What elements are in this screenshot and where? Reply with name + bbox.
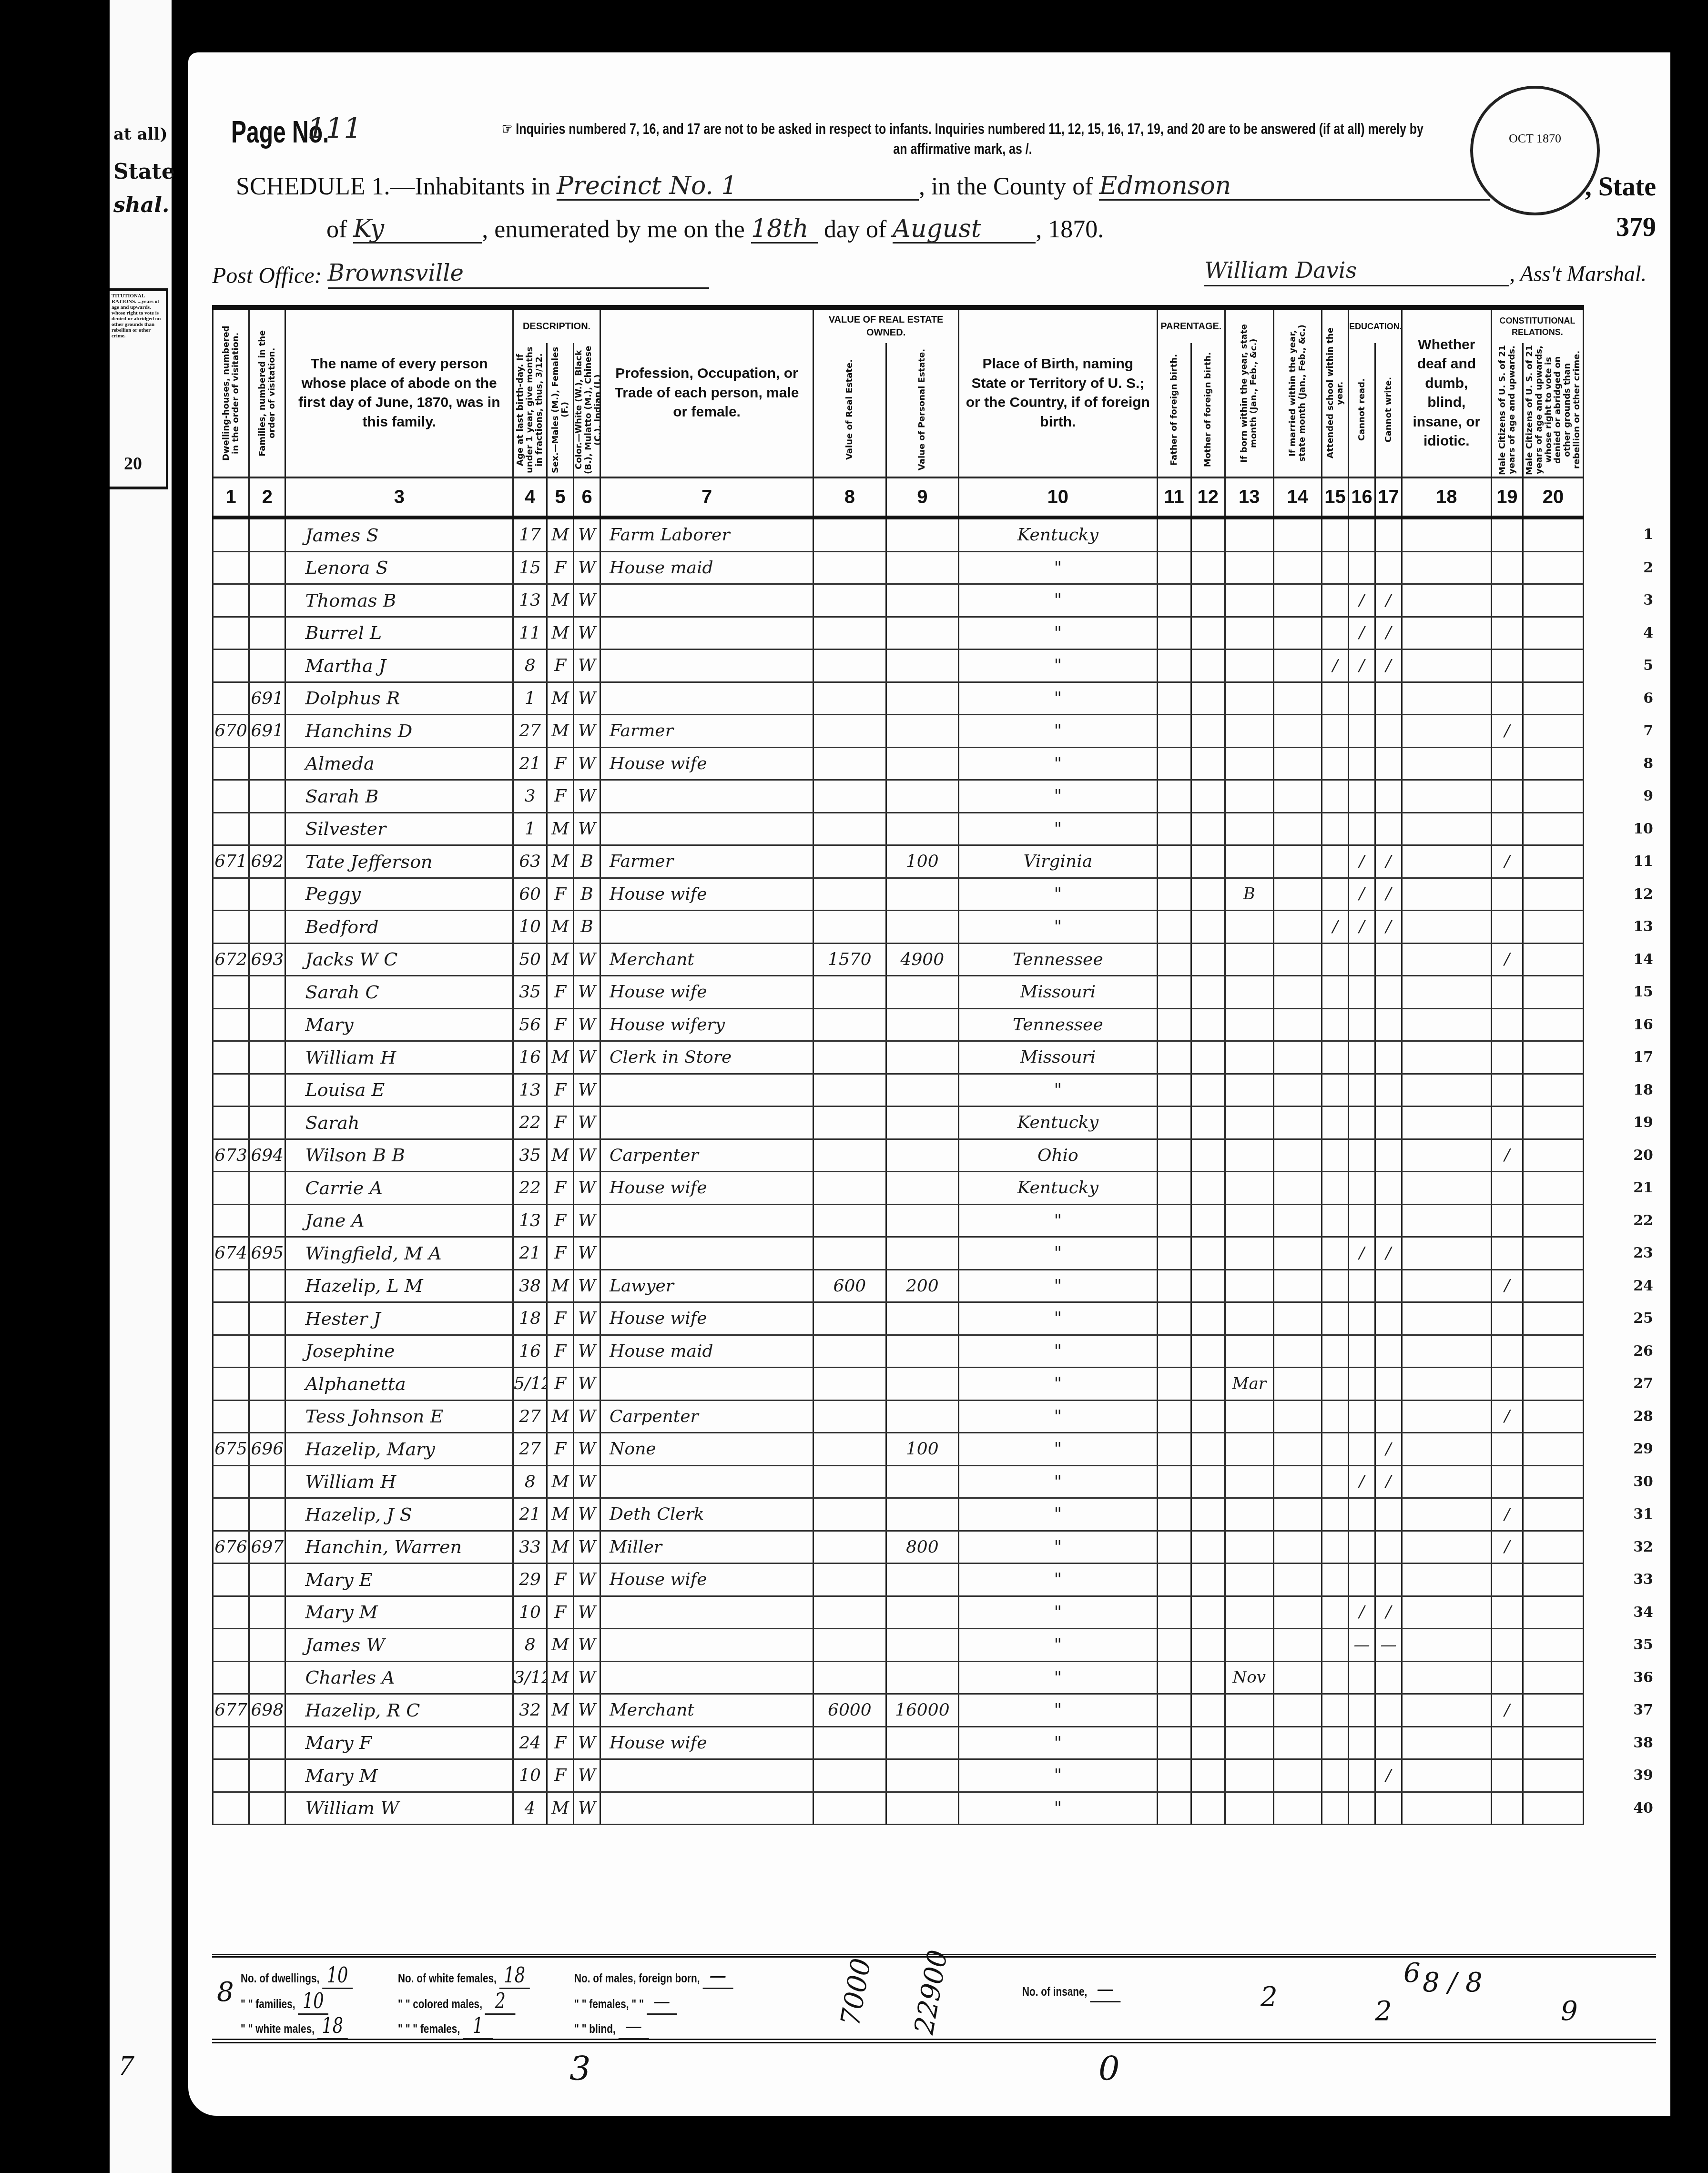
line-number: 16 [1583,1008,1656,1041]
cannot-write [1375,1107,1402,1139]
dwelling-number [213,1041,249,1074]
born-within-year [1225,1139,1273,1172]
personal-estate-value [886,911,958,944]
col-header-19: Male Citizens of U. S. of 21 years of ag… [1491,343,1523,477]
column-number-11: 11 [1157,477,1191,518]
father-foreign [1157,812,1191,845]
sex: F [547,1726,574,1759]
cannot-read [1349,976,1375,1009]
birthplace: " [959,1368,1158,1401]
real-estate-value [813,1302,886,1335]
birthplace: " [959,617,1158,650]
born-within-year [1225,911,1273,944]
occupation: House maid [600,1335,813,1368]
disability [1402,1564,1491,1596]
born-within-year [1225,650,1273,682]
person-name: Thomas B [285,584,513,617]
attended-school [1322,1726,1349,1759]
color: W [574,715,600,748]
real-estate-value [813,976,886,1009]
personal-estate-value [886,1661,958,1694]
birthplace: " [959,1629,1158,1662]
line-number: 27 [1583,1368,1656,1401]
cannot-write [1375,780,1402,813]
male-citizen-21 [1491,1465,1523,1498]
person-name: Sarah B [285,780,513,813]
father-foreign [1157,1759,1191,1792]
day-field: 18th [751,214,818,244]
line-number: 19 [1583,1107,1656,1139]
married-within-year [1273,650,1322,682]
color: W [574,812,600,845]
cannot-write [1375,518,1402,551]
occupation [600,1368,813,1401]
sex: M [547,812,574,845]
attended-school [1322,1074,1349,1107]
real-estate-value [813,1172,886,1205]
real-estate-value [813,1204,886,1237]
cannot-read [1349,1726,1375,1759]
table-row: Mary M10FW"/39 [213,1759,1657,1792]
vote-denied [1523,1759,1583,1792]
column-number-3: 3 [285,477,513,518]
table-row: Tess Johnson E27MWCarpenter"/28 [213,1400,1657,1433]
mother-foreign [1191,1335,1225,1368]
mother-foreign [1191,1792,1225,1825]
table-row: 674695Wingfield, M A21FW"//23 [213,1237,1657,1270]
sex: F [547,551,574,584]
age: 10 [513,1759,547,1792]
age: 50 [513,943,547,976]
attended-school [1322,1596,1349,1629]
mother-foreign [1191,878,1225,911]
dwelling-number [213,1792,249,1825]
color: W [574,780,600,813]
birthplace: " [959,1074,1158,1107]
occupation [600,1596,813,1629]
born-within-year [1225,584,1273,617]
age: 21 [513,1498,547,1531]
inquiry-note: ☞ Inquiries numbered 7, 16, and 17 are n… [498,119,1427,159]
birthplace: " [959,1726,1158,1759]
family-number [249,1074,285,1107]
born-within-year [1225,1792,1273,1825]
male-citizen-21 [1491,518,1523,551]
line-number: 20 [1583,1139,1656,1172]
personal-estate-value [886,617,958,650]
cannot-read [1349,1107,1375,1139]
cannot-read [1349,1792,1375,1825]
born-within-year: Mar [1225,1368,1273,1401]
attended-school [1322,551,1349,584]
born-within-year [1225,1041,1273,1074]
father-foreign [1157,1269,1191,1302]
color: W [574,1564,600,1596]
table-row: 672693Jacks W C50MWMerchant15704900Tenne… [213,943,1657,976]
disability [1402,1041,1491,1074]
cannot-read [1349,812,1375,845]
disability [1402,1204,1491,1237]
mother-foreign [1191,1074,1225,1107]
dwelling-number [213,1074,249,1107]
adjacent-page-strip: at all) State shal. TITUTIONAL RATIONS. … [110,0,180,2173]
disability [1402,682,1491,715]
color: W [574,551,600,584]
cannot-write [1375,1368,1402,1401]
person-name: Alphanetta [285,1368,513,1401]
born-within-year [1225,1465,1273,1498]
family-number [249,976,285,1009]
birthplace: " [959,1694,1158,1727]
cannot-write: / [1375,617,1402,650]
occupation: House wife [600,1172,813,1205]
vote-denied [1523,1368,1583,1401]
dwelling-number: 675 [213,1433,249,1466]
mother-foreign [1191,1498,1225,1531]
table-row: Charles A3/12MW"Nov36 [213,1661,1657,1694]
real-estate-value [813,1596,886,1629]
real-estate-value [813,1661,886,1694]
age: 1 [513,812,547,845]
table-row: Silvester1MW"10 [213,812,1657,845]
column-number-row: 1234567891011121314151617181920 [213,477,1657,518]
schedule-label: SCHEDULE 1.—Inhabitants in [236,173,550,200]
bottom-mark-2: 0 [1098,2049,1120,2088]
family-number [249,747,285,780]
family-number: 695 [249,1237,285,1270]
age: 60 [513,878,547,911]
line-number: 35 [1583,1629,1656,1662]
color: W [574,1759,600,1792]
attended-school [1322,845,1349,878]
dwelling-number [213,1368,249,1401]
real-estate-value [813,1759,886,1792]
vote-denied [1523,1498,1583,1531]
mother-foreign [1191,1041,1225,1074]
cannot-write [1375,1335,1402,1368]
mother-foreign [1191,1629,1225,1662]
married-within-year [1273,1302,1322,1335]
father-foreign [1157,1335,1191,1368]
attended-school [1322,1433,1349,1466]
mother-foreign [1191,584,1225,617]
personal-estate-value [886,780,958,813]
col-header-8: Value of Real Estate. [813,343,886,477]
birthplace: " [959,584,1158,617]
vote-denied [1523,1139,1583,1172]
line-number: 3 [1583,584,1656,617]
personal-estate-value [886,1008,958,1041]
occupation: Deth Clerk [600,1498,813,1531]
color: W [574,1237,600,1270]
color: W [574,976,600,1009]
age: 18 [513,1302,547,1335]
color: W [574,1335,600,1368]
stamped-page-number: 379 [1616,212,1656,243]
cannot-read: / [1349,845,1375,878]
real-estate-value [813,1564,886,1596]
mother-foreign [1191,1596,1225,1629]
table-row: Josephine16FWHouse maid"26 [213,1335,1657,1368]
dwelling-number [213,1759,249,1792]
sex: M [547,1498,574,1531]
occupation: Merchant [600,1694,813,1727]
color: W [574,1726,600,1759]
occupation [600,682,813,715]
vote-denied [1523,976,1583,1009]
disability [1402,780,1491,813]
dwelling-number [213,1726,249,1759]
real-estate-value [813,551,886,584]
attended-school [1322,1629,1349,1662]
disability [1402,1008,1491,1041]
dwelling-number: 677 [213,1694,249,1727]
born-within-year [1225,1008,1273,1041]
line-number: 23 [1583,1237,1656,1270]
vote-denied [1523,1107,1583,1139]
disability [1402,1107,1491,1139]
col-header-1: Dwelling-houses, numbered in the order o… [213,307,249,477]
vote-denied [1523,878,1583,911]
disability [1402,943,1491,976]
age: 22 [513,1107,547,1139]
born-within-year [1225,812,1273,845]
column-number-18: 18 [1402,477,1491,518]
line-number: 26 [1583,1335,1656,1368]
family-number [249,1269,285,1302]
sex: F [547,1302,574,1335]
father-foreign [1157,1074,1191,1107]
line-number: 7 [1583,715,1656,748]
family-number [249,1335,285,1368]
personal-estate-value [886,878,958,911]
father-foreign [1157,1107,1191,1139]
age: 17 [513,518,547,551]
family-number [249,780,285,813]
born-within-year [1225,1204,1273,1237]
table-row: Martha J8FW"///5 [213,650,1657,682]
color: W [574,1302,600,1335]
married-within-year [1273,1726,1322,1759]
birthplace: Kentucky [959,1172,1158,1205]
attended-school [1322,1302,1349,1335]
col-header-20: Male Citizens of U. S. of 21 years of ag… [1523,343,1583,477]
table-row: Bedford10MB"///13 [213,911,1657,944]
group-education: EDUCATION. [1349,307,1402,343]
table-row: Alphanetta5/12FW"Mar27 [213,1368,1657,1401]
dwelling-number [213,682,249,715]
mother-foreign [1191,1564,1225,1596]
real-estate-value: 600 [813,1269,886,1302]
vote-denied [1523,682,1583,715]
married-within-year [1273,1596,1322,1629]
dwelling-number [213,1564,249,1596]
father-foreign [1157,1694,1191,1727]
age: 32 [513,1694,547,1727]
occupation: Carpenter [600,1400,813,1433]
color: W [574,1498,600,1531]
occupation [600,911,813,944]
mother-foreign [1191,1172,1225,1205]
person-name: Hazelip, R C [285,1694,513,1727]
personal-estate-value [886,976,958,1009]
attended-school [1322,1139,1349,1172]
father-foreign [1157,1596,1191,1629]
inhabitants-in-field: Precinct No. 1 [557,172,919,201]
male-citizen-21 [1491,911,1523,944]
mother-foreign [1191,1237,1225,1270]
personal-estate-value [886,1302,958,1335]
father-foreign [1157,1237,1191,1270]
birthplace: " [959,1433,1158,1466]
family-number [249,911,285,944]
group-description: DESCRIPTION. [513,307,600,343]
color: W [574,617,600,650]
occupation: Farm Laborer [600,518,813,551]
age: 24 [513,1726,547,1759]
male-citizen-21 [1491,1792,1523,1825]
cannot-write [1375,943,1402,976]
father-foreign [1157,845,1191,878]
cannot-write [1375,1302,1402,1335]
birthplace: " [959,1237,1158,1270]
born-within-year: B [1225,878,1273,911]
cannot-read [1349,747,1375,780]
dwelling-number [213,617,249,650]
county-field: Edmonson [1099,172,1490,201]
cannot-write: — [1375,1629,1402,1662]
mother-foreign [1191,1368,1225,1401]
occupation: Clerk in Store [600,1041,813,1074]
fragment-at-all: at all) [113,125,168,144]
attended-school [1322,1335,1349,1368]
age: 8 [513,1629,547,1662]
sex: F [547,878,574,911]
vote-denied [1523,1465,1583,1498]
mother-foreign [1191,1661,1225,1694]
family-number [249,617,285,650]
real-estate-value [813,1041,886,1074]
sex: M [547,1041,574,1074]
family-number: 691 [249,682,285,715]
father-foreign [1157,780,1191,813]
personal-estate-value: 16000 [886,1694,958,1727]
male-citizen-21: / [1491,1694,1523,1727]
mother-foreign [1191,1302,1225,1335]
age: 13 [513,1204,547,1237]
disability [1402,1433,1491,1466]
age: 35 [513,976,547,1009]
age: 21 [513,1237,547,1270]
group-real-estate: VALUE OF REAL ESTATE OWNED. [813,307,959,343]
page-summary: No. of dwellings, 10 No. of white female… [212,1954,1656,2043]
cannot-read [1349,551,1375,584]
married-within-year [1273,682,1322,715]
census-page: Page No. 111 ☞ Inquiries numbered 7, 16,… [188,52,1670,2116]
vote-denied [1523,1172,1583,1205]
vote-denied [1523,911,1583,944]
summary-colored-males: " " colored males, 2 [398,1989,516,2015]
sex: M [547,518,574,551]
cannot-write [1375,1041,1402,1074]
table-row: 677698Hazelip, R C32MWMerchant600016000"… [213,1694,1657,1727]
attended-school [1322,747,1349,780]
birthplace: " [959,715,1158,748]
sex: F [547,747,574,780]
father-foreign [1157,1302,1191,1335]
table-row: James W8MW"——35 [213,1629,1657,1662]
age: 56 [513,1008,547,1041]
person-name: Mary M [285,1759,513,1792]
color: W [574,1531,600,1564]
column-number-19: 19 [1491,477,1523,518]
page-header: Page No. 111 ☞ Inquiries numbered 7, 16,… [212,52,1656,300]
line-number: 34 [1583,1596,1656,1629]
disability [1402,976,1491,1009]
table-row: Mary E29FWHouse wife"33 [213,1564,1657,1596]
born-within-year [1225,976,1273,1009]
disability [1402,518,1491,551]
summary-blind: " " blind, — [574,2014,649,2040]
married-within-year [1273,845,1322,878]
birthplace: Missouri [959,1041,1158,1074]
table-row: Sarah B3FW"9 [213,780,1657,813]
disability [1402,1694,1491,1727]
cannot-read [1349,1139,1375,1172]
color: W [574,943,600,976]
cannot-read [1349,518,1375,551]
male-citizen-21 [1491,1368,1523,1401]
married-within-year [1273,1172,1322,1205]
married-within-year [1273,1107,1322,1139]
father-foreign [1157,1465,1191,1498]
male-citizen-21 [1491,1564,1523,1596]
real-estate-value [813,1498,886,1531]
disability [1402,911,1491,944]
table-row: William H16MWClerk in StoreMissouri17 [213,1041,1657,1074]
color: W [574,518,600,551]
sex: F [547,1107,574,1139]
fragment-marshal: shal. [113,193,169,217]
birthplace: " [959,780,1158,813]
father-foreign [1157,1531,1191,1564]
family-number: 696 [249,1433,285,1466]
father-foreign [1157,1564,1191,1596]
real-estate-value [813,911,886,944]
person-name: Bedford [285,911,513,944]
group-constitutional: CONSTITUTIONAL RELATIONS. [1491,307,1583,343]
sex: M [547,911,574,944]
col-header-7: Profession, Occupation, or Trade of each… [600,307,813,477]
col-header-15: Attended school within the year. [1322,307,1349,477]
attended-school [1322,1531,1349,1564]
post-office-field: Brownsville [328,260,709,289]
line-number: 4 [1583,617,1656,650]
color: W [574,1368,600,1401]
sex: M [547,715,574,748]
occupation [600,617,813,650]
real-estate-value [813,780,886,813]
occupation [600,1465,813,1498]
col-header-2: Families, numbered in the order of visit… [249,307,285,477]
male-citizen-21 [1491,1204,1523,1237]
disability [1402,878,1491,911]
cannot-read: / [1349,911,1375,944]
vote-denied [1523,943,1583,976]
bottom-mark-1: 3 [569,2049,591,2088]
attended-school [1322,715,1349,748]
cannot-read [1349,1564,1375,1596]
